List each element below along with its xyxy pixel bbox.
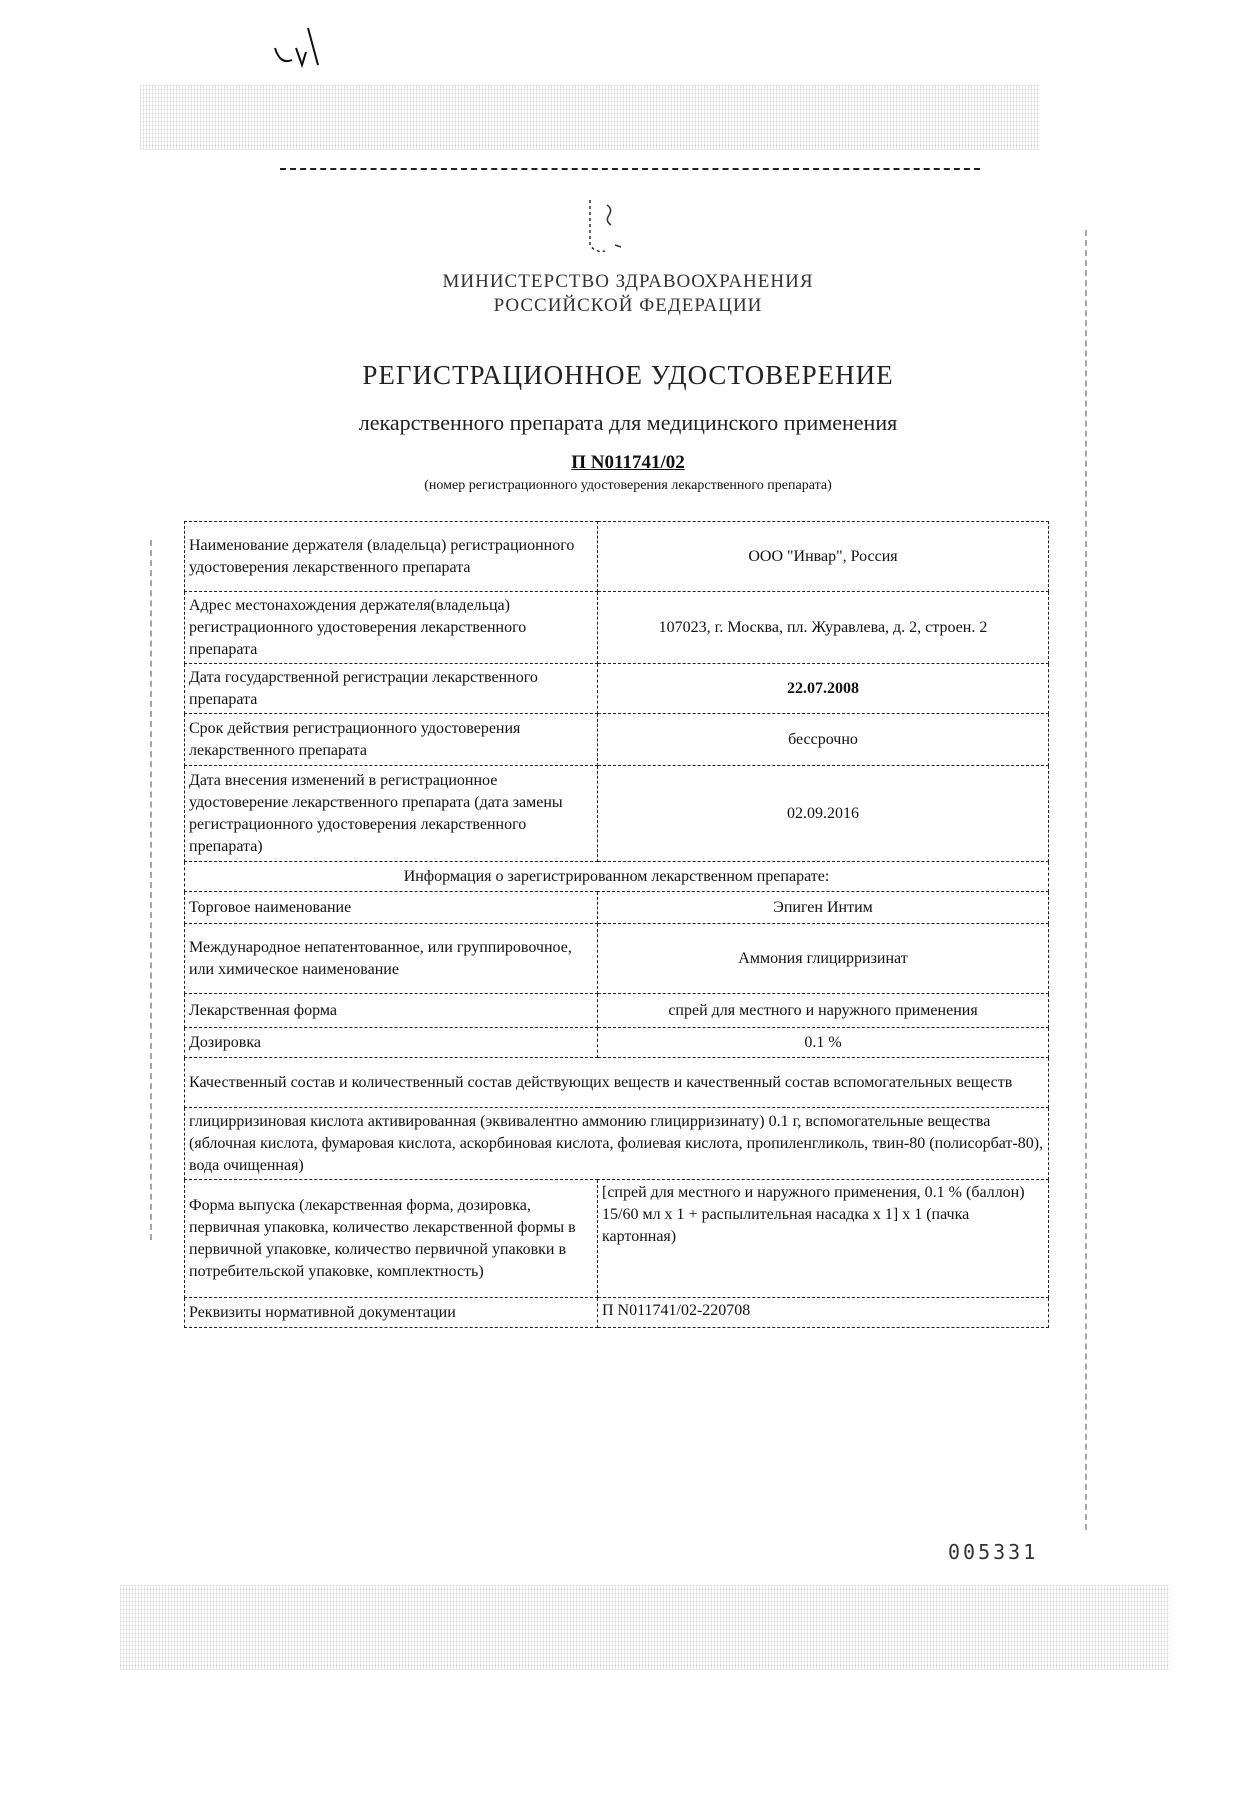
- holder-address-label: Адрес местонахождения держателя(владельц…: [185, 592, 598, 664]
- table-row-inn: Международное непатентованное, или групп…: [185, 924, 1049, 994]
- ministry-name: МИНИСТЕРСТВО ЗДРАВООХРАНЕНИЯ РОССИЙСКОЙ …: [0, 270, 1256, 318]
- table-row-dosage-form: Лекарственная форма спрей для местного и…: [185, 994, 1049, 1028]
- table-row-release-form: Форма выпуска (лекарственная форма, дози…: [185, 1180, 1049, 1298]
- change-date-value: 02.09.2016: [598, 766, 1049, 862]
- inn-value: Аммония глицирризинат: [598, 924, 1049, 994]
- dosage-value: 0.1 %: [598, 1028, 1049, 1058]
- top-band-underline: [280, 168, 980, 170]
- handwritten-mark-icon: [270, 10, 330, 70]
- scanned-security-band-top: [140, 85, 1040, 150]
- table-row-validity: Срок действия регистрационного удостовер…: [185, 714, 1049, 766]
- validity-label: Срок действия регистрационного удостовер…: [185, 714, 598, 766]
- table-row-trade-name: Торговое наименование Эпиген Интим: [185, 892, 1049, 924]
- composition-value: глицирризиновая кислота активированная (…: [185, 1108, 1049, 1180]
- trade-name-label: Торговое наименование: [185, 892, 598, 924]
- table-row-registration-date: Дата государственной регистрации лекарст…: [185, 664, 1049, 714]
- holder-address-value: 107023, г. Москва, пл. Журавлева, д. 2, …: [598, 592, 1049, 664]
- composition-label: Качественный состав и количественный сос…: [185, 1058, 1049, 1108]
- table-row-change-date: Дата внесения изменений в регистрационно…: [185, 766, 1049, 862]
- table-row-normative-docs: Реквизиты нормативной документации П N01…: [185, 1298, 1049, 1328]
- dosage-label: Дозировка: [185, 1028, 598, 1058]
- certificate-table: Наименование держателя (владельца) регис…: [184, 521, 1049, 1328]
- table-row-dosage: Дозировка 0.1 %: [185, 1028, 1049, 1058]
- change-date-label: Дата внесения изменений в регистрационно…: [185, 766, 598, 862]
- table-row-holder-address: Адрес местонахождения держателя(владельц…: [185, 592, 1049, 664]
- left-margin-marks: [150, 540, 154, 1240]
- scanned-security-band-bottom: [120, 1585, 1170, 1670]
- table-row-info-heading: Информация о зарегистрированном лекарств…: [185, 862, 1049, 892]
- certificate-title: РЕГИСТРАЦИОННОЕ УДОСТОВЕРЕНИЕ: [0, 360, 1256, 391]
- info-heading: Информация о зарегистрированном лекарств…: [185, 862, 1049, 892]
- registration-date-label: Дата государственной регистрации лекарст…: [185, 664, 598, 714]
- certificate-subtitle: лекарственного препарата для медицинског…: [0, 410, 1256, 436]
- normative-docs-value: П N011741/02-220708: [598, 1298, 1049, 1328]
- validity-value: бессрочно: [598, 714, 1049, 766]
- dosage-form-label: Лекарственная форма: [185, 994, 598, 1028]
- trade-name-value: Эпиген Интим: [598, 892, 1049, 924]
- ministry-line-2: РОССИЙСКОЙ ФЕДЕРАЦИИ: [0, 294, 1256, 318]
- table-row-composition-value: глицирризиновая кислота активированная (…: [185, 1108, 1049, 1180]
- table-row-composition-heading: Качественный состав и количественный сос…: [185, 1058, 1049, 1108]
- holder-name-label: Наименование держателя (владельца) регис…: [185, 522, 598, 592]
- release-form-value: [спрей для местного и наружного применен…: [598, 1180, 1049, 1298]
- registration-date-value: 22.07.2008: [598, 664, 1049, 714]
- ministry-line-1: МИНИСТЕРСТВО ЗДРАВООХРАНЕНИЯ: [0, 270, 1256, 294]
- table-row-holder-name: Наименование держателя (владельца) регис…: [185, 522, 1049, 592]
- dosage-form-value: спрей для местного и наружного применени…: [598, 994, 1049, 1028]
- registration-number-caption: (номер регистрационного удостоверения ле…: [0, 478, 1256, 494]
- release-form-label: Форма выпуска (лекарственная форма, дози…: [185, 1180, 598, 1298]
- registration-number: П N011741/02: [0, 452, 1256, 474]
- inn-label: Международное непатентованное, или групп…: [185, 924, 598, 994]
- holder-name-value: ООО "Инвар", Россия: [598, 522, 1049, 592]
- form-serial-number: 005331: [948, 1540, 1038, 1564]
- coat-of-arms-icon: [585, 195, 635, 255]
- normative-docs-label: Реквизиты нормативной документации: [185, 1298, 598, 1328]
